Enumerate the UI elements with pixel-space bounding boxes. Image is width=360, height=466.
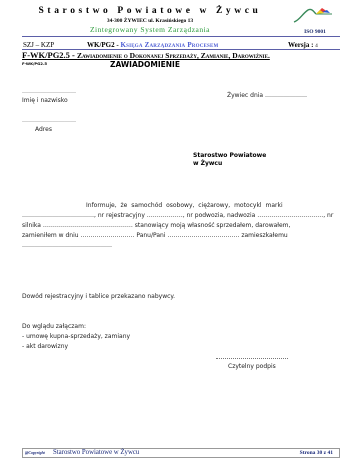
body-line-4: zamieniłem w dniu ……………………… Panu/Pani ………	[22, 232, 288, 239]
form-heading: F-WK/PG2.5 - Zawiadomienie o Dokonanej S…	[22, 50, 270, 60]
institution-name: Starostwo Powiatowe w Żywcu	[0, 6, 300, 16]
address-field-dots: ………………………	[22, 117, 76, 124]
department-code: SZJ – KZP	[23, 41, 54, 49]
signature-line	[216, 358, 288, 359]
document-title: ZAWIADOMIENIE	[110, 60, 180, 69]
book-reference: WK/PG2 - Księga Zarządzania Procesem	[87, 41, 218, 49]
recipient-line2: w Żywcu	[193, 160, 222, 167]
version: Wersja : 4	[288, 41, 318, 49]
form-small-code: F-WK/PG2.5	[22, 61, 47, 66]
book-title: Księga Zarządzania Procesem	[120, 41, 218, 49]
attachments-heading: Do wglądu załączam:	[22, 323, 86, 330]
form-subject: Zawiadomienie o Dokonanej Sprzedaży, Zam…	[77, 51, 270, 60]
body-line-2: ………………………………, nr rejestracyjny ………………, n…	[22, 212, 333, 219]
body-line-1: Informuje, że samochód osobowy, ciężarow…	[86, 202, 283, 209]
page-number: Strona 30 z 41	[300, 450, 333, 456]
header-divider	[22, 36, 340, 37]
page-footer: @Copyright Starostwo Powiatowe w Żywcu S…	[22, 448, 340, 458]
attachment-item: - umowę kupna-sprzedaży, zamiany	[22, 333, 130, 340]
address-label: Adres	[35, 126, 52, 133]
body-line-3: silnika ……………………………………… stanowiący moją …	[22, 222, 290, 229]
institution-address: 34-300 ŻYWIEC ul. Krasińskiego 13	[0, 18, 300, 24]
name-field-dots: ………………………	[22, 88, 76, 95]
mountain-logo-icon	[292, 4, 336, 26]
form-id: F-WK/PG2.5 -	[22, 50, 77, 60]
name-label: Imię i nazwisko	[22, 97, 68, 104]
recipient-line1: Starostwo Powiatowe	[193, 152, 266, 159]
iso-label: ISO 9001	[290, 29, 340, 35]
body-line-5: ………………………………………	[22, 242, 112, 249]
footer-owner: Starostwo Powiatowe w Żywcu	[53, 449, 139, 456]
system-name: Zintegrowany System Zarządzania	[0, 25, 300, 34]
copyright-label: @Copyright	[25, 450, 45, 455]
version-label: Wersja :	[288, 41, 315, 49]
date-field: Żywiec dnia …………………	[227, 92, 307, 99]
attachment-item: - akt darowizny	[22, 343, 68, 350]
wk-code: WK/PG2 -	[87, 41, 120, 49]
handover-statement: Dowód rejestracyjny i tablice przekazano…	[22, 293, 175, 300]
signature-label: Czytelny podpis	[228, 363, 276, 370]
